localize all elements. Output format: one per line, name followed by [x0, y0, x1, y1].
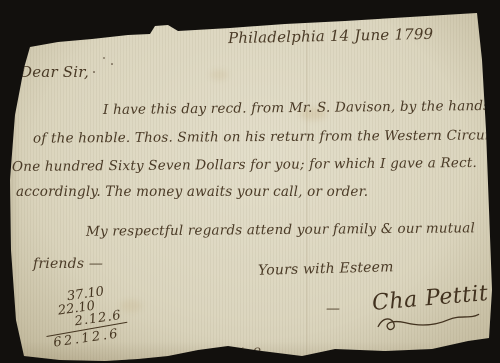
- red-stain: [4, 36, 20, 64]
- fold-crease: [306, 0, 308, 363]
- foxing-spot: [210, 70, 228, 80]
- body-line-1: I have this day recd. from Mr. S. Daviso…: [103, 98, 490, 118]
- regards-line-1: My respectful regards attend your family…: [86, 220, 475, 239]
- body-line-2: of the honble. Thos. Smith on his return…: [33, 127, 500, 146]
- body-line-3: One hundred Sixty Seven Dollars for you;…: [12, 155, 477, 175]
- dateline: Philadelphia 14 June 1799: [228, 25, 434, 47]
- ink-speck: [103, 57, 105, 59]
- scan-background: Philadelphia 14 June 1799 Dear Sir, I ha…: [0, 0, 500, 363]
- torn-text-fragment: 2.18: [212, 346, 267, 362]
- salutation: Dear Sir,: [20, 63, 89, 81]
- ink-speck: [93, 71, 95, 73]
- letter-paper: Philadelphia 14 June 1799 Dear Sir, I ha…: [0, 0, 500, 363]
- ink-speck: [111, 63, 113, 65]
- calc-total: 62.12.6: [53, 324, 146, 350]
- closing-line: Yours with Esteem: [258, 259, 394, 279]
- calculation-column: 37.10 22.10 2.12.6 62.12.6: [39, 280, 146, 350]
- regards-line-2: friends —: [33, 256, 103, 272]
- signature-dash: —: [326, 301, 340, 317]
- body-line-4: accordingly. The money awaits your call,…: [16, 184, 368, 200]
